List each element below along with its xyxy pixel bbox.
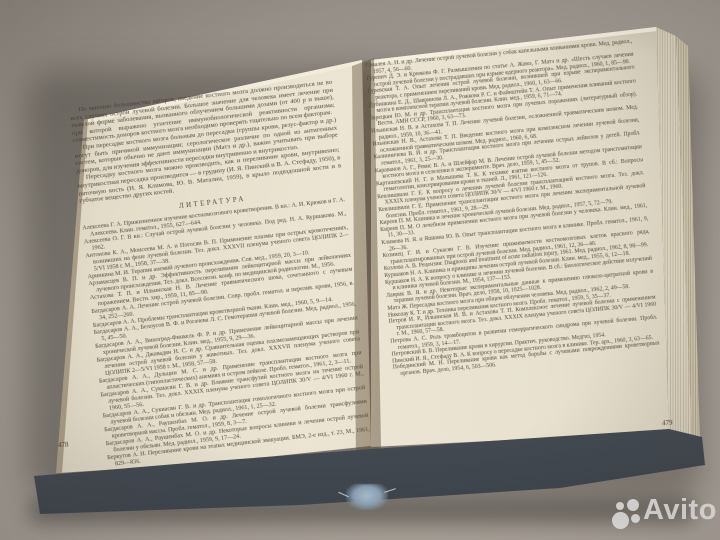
avito-watermark-text: Avito xyxy=(643,494,717,527)
bibliography-left: Алексеева Г. А. Прижизненное изучение ко… xyxy=(82,197,371,467)
left-page-text: По мнению большинства авторов, введение … xyxy=(69,79,371,467)
left-page-number: 478 xyxy=(58,441,69,450)
right-page-number: 479 xyxy=(662,419,673,428)
avito-watermark: Avito xyxy=(610,492,720,538)
bibliography-right: Гамалея А. Н. и др. Лечение острой лучев… xyxy=(365,39,661,378)
book-photo: По мнению большинства авторов, введение … xyxy=(0,0,720,540)
right-page-text: Гамалея А. Н. и др. Лечение острой лучев… xyxy=(365,39,667,448)
avito-logo-icon xyxy=(610,496,644,534)
worn-spine-spot xyxy=(346,484,388,510)
